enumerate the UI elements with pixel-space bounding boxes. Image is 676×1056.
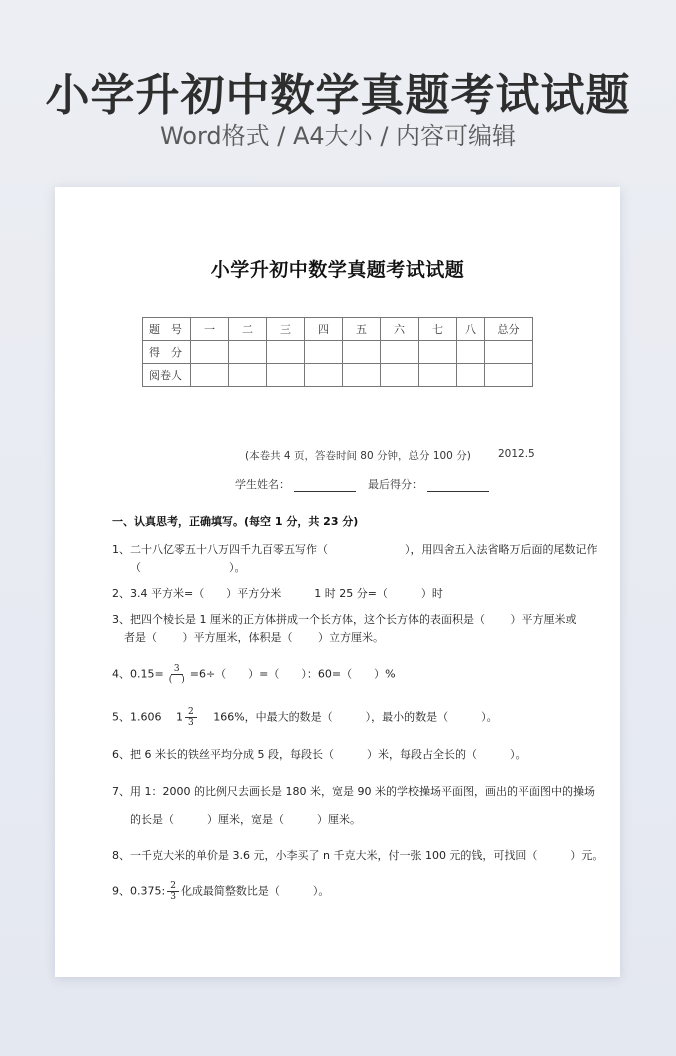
banner-subtitle: Word格式 / A4大小 / 内容可编辑 xyxy=(0,120,676,152)
grader-cell[interactable] xyxy=(267,364,305,387)
fraction-numerator: 3 xyxy=(171,664,183,675)
grader-cell[interactable] xyxy=(343,364,381,387)
col-header: 三 xyxy=(267,318,305,341)
question-5: 5、1.606 123 166%，中最大的数是（ ），最小的数是（ ）。 xyxy=(112,707,498,728)
banner-title: 小学升初中数学真题考试试题 xyxy=(0,68,676,124)
col-header: 二 xyxy=(229,318,267,341)
fraction-numerator: 2 xyxy=(185,707,197,718)
row-label-grader: 阅卷人 xyxy=(143,364,191,387)
col-header: 一 xyxy=(191,318,229,341)
question-1-line-1: 1、二十八亿零五十八万四千九百零五写作（ ），用四舍五入法省略万后面的尾数记作 xyxy=(112,543,598,556)
document-page: 小学升初中数学真题考试试题 题 号 一 二 三 四 五 六 七 八 总分 得 分 xyxy=(55,187,620,977)
grader-cell[interactable] xyxy=(419,364,457,387)
col-header: 八 xyxy=(457,318,485,341)
question-9-prefix: 9、0.375: xyxy=(112,885,165,898)
question-7: 7、用 1：2000 的比例尺去画长是 180 米，宽是 90 米的学校操场平面… xyxy=(112,783,595,829)
final-score-label: 最后得分： xyxy=(368,476,423,492)
question-3-line-2: 者是（ ）平方厘米，体积是（ ）立方厘米。 xyxy=(112,629,576,647)
fraction: 3( ) xyxy=(166,664,188,685)
score-cell[interactable] xyxy=(267,341,305,364)
score-table: 题 号 一 二 三 四 五 六 七 八 总分 得 分 阅卷人 xyxy=(142,317,533,387)
question-4-suffix: =6÷（ ）=（ ）：60=（ ）% xyxy=(190,668,396,681)
grader-cell[interactable] xyxy=(381,364,419,387)
question-5-suffix: 166%，中最大的数是（ ），最小的数是（ ）。 xyxy=(199,711,498,724)
row-label-score: 得 分 xyxy=(143,341,191,364)
question-3-line-1: 3、把四个棱长是 1 厘米的正方体拼成一个长方体，这个长方体的表面积是（ ）平方… xyxy=(112,613,576,626)
fraction-numerator: 2 xyxy=(167,881,179,892)
col-header: 四 xyxy=(305,318,343,341)
final-score-field[interactable] xyxy=(427,480,489,492)
score-table-row: 得 分 xyxy=(143,341,533,364)
score-cell[interactable] xyxy=(419,341,457,364)
question-3: 3、把四个棱长是 1 厘米的正方体拼成一个长方体，这个长方体的表面积是（ ）平方… xyxy=(112,611,576,647)
fraction: 23 xyxy=(167,881,179,902)
grader-cell[interactable] xyxy=(457,364,485,387)
question-6: 6、把 6 米长的铁丝平均分成 5 段，每段长（ ）米，每段占全长的（ ）。 xyxy=(112,746,526,764)
grader-cell[interactable] xyxy=(229,364,267,387)
question-1-line-2: （ ）。 xyxy=(112,559,598,577)
score-cell[interactable] xyxy=(457,341,485,364)
fraction: 23 xyxy=(185,707,197,728)
row-label-question-number: 题 号 xyxy=(143,318,191,341)
fraction-denominator: 3 xyxy=(185,718,197,728)
question-7-line-1: 7、用 1：2000 的比例尺去画长是 180 米，宽是 90 米的学校操场平面… xyxy=(112,785,595,798)
question-9-suffix: 化成最简整数比是（ ）。 xyxy=(181,885,330,898)
col-header: 七 xyxy=(419,318,457,341)
exam-info: (本卷共 4 页，答卷时间 80 分钟，总分 100 分) xyxy=(245,448,471,463)
question-1: 1、二十八亿零五十八万四千九百零五写作（ ），用四舍五入法省略万后面的尾数记作 … xyxy=(112,541,598,577)
exam-date: 2012.5 xyxy=(498,448,535,460)
question-8: 8、一千克大米的单价是 3.6 元，小李买了 n 千克大米，付一张 100 元的… xyxy=(112,847,603,865)
score-table-header-row: 题 号 一 二 三 四 五 六 七 八 总分 xyxy=(143,318,533,341)
grader-cell[interactable] xyxy=(191,364,229,387)
question-5-prefix: 5、1.606 1 xyxy=(112,711,183,724)
col-header: 六 xyxy=(381,318,419,341)
score-cell[interactable] xyxy=(229,341,267,364)
section-heading: 一、认真思考，正确填写。(每空 1 分，共 23 分) xyxy=(112,513,358,529)
grader-cell[interactable] xyxy=(305,364,343,387)
question-4-prefix: 4、0.15= xyxy=(112,668,164,681)
score-table-row: 阅卷人 xyxy=(143,364,533,387)
score-cell[interactable] xyxy=(343,341,381,364)
fraction-denominator: ( ) xyxy=(166,675,188,685)
student-name-label: 学生姓名： xyxy=(235,476,290,492)
question-2: 2、3.4 平方米=（ ）平方分米 1 时 25 分=（ ）时 xyxy=(112,585,443,603)
student-info-row: 学生姓名： 最后得分： xyxy=(235,476,501,492)
score-cell[interactable] xyxy=(305,341,343,364)
fraction-denominator: 3 xyxy=(167,892,179,902)
score-cell-total[interactable] xyxy=(485,341,533,364)
col-header-total: 总分 xyxy=(485,318,533,341)
col-header: 五 xyxy=(343,318,381,341)
question-9: 9、0.375:23化成最简整数比是（ ）。 xyxy=(112,881,329,902)
grader-cell-total[interactable] xyxy=(485,364,533,387)
question-4: 4、0.15=3( )=6÷（ ）=（ ）：60=（ ）% xyxy=(112,664,396,685)
student-name-field[interactable] xyxy=(294,480,356,492)
document-title: 小学升初中数学真题考试试题 xyxy=(55,255,620,282)
score-cell[interactable] xyxy=(191,341,229,364)
question-7-line-2: 的长是（ ）厘米，宽是（ ）厘米。 xyxy=(112,811,595,829)
score-cell[interactable] xyxy=(381,341,419,364)
